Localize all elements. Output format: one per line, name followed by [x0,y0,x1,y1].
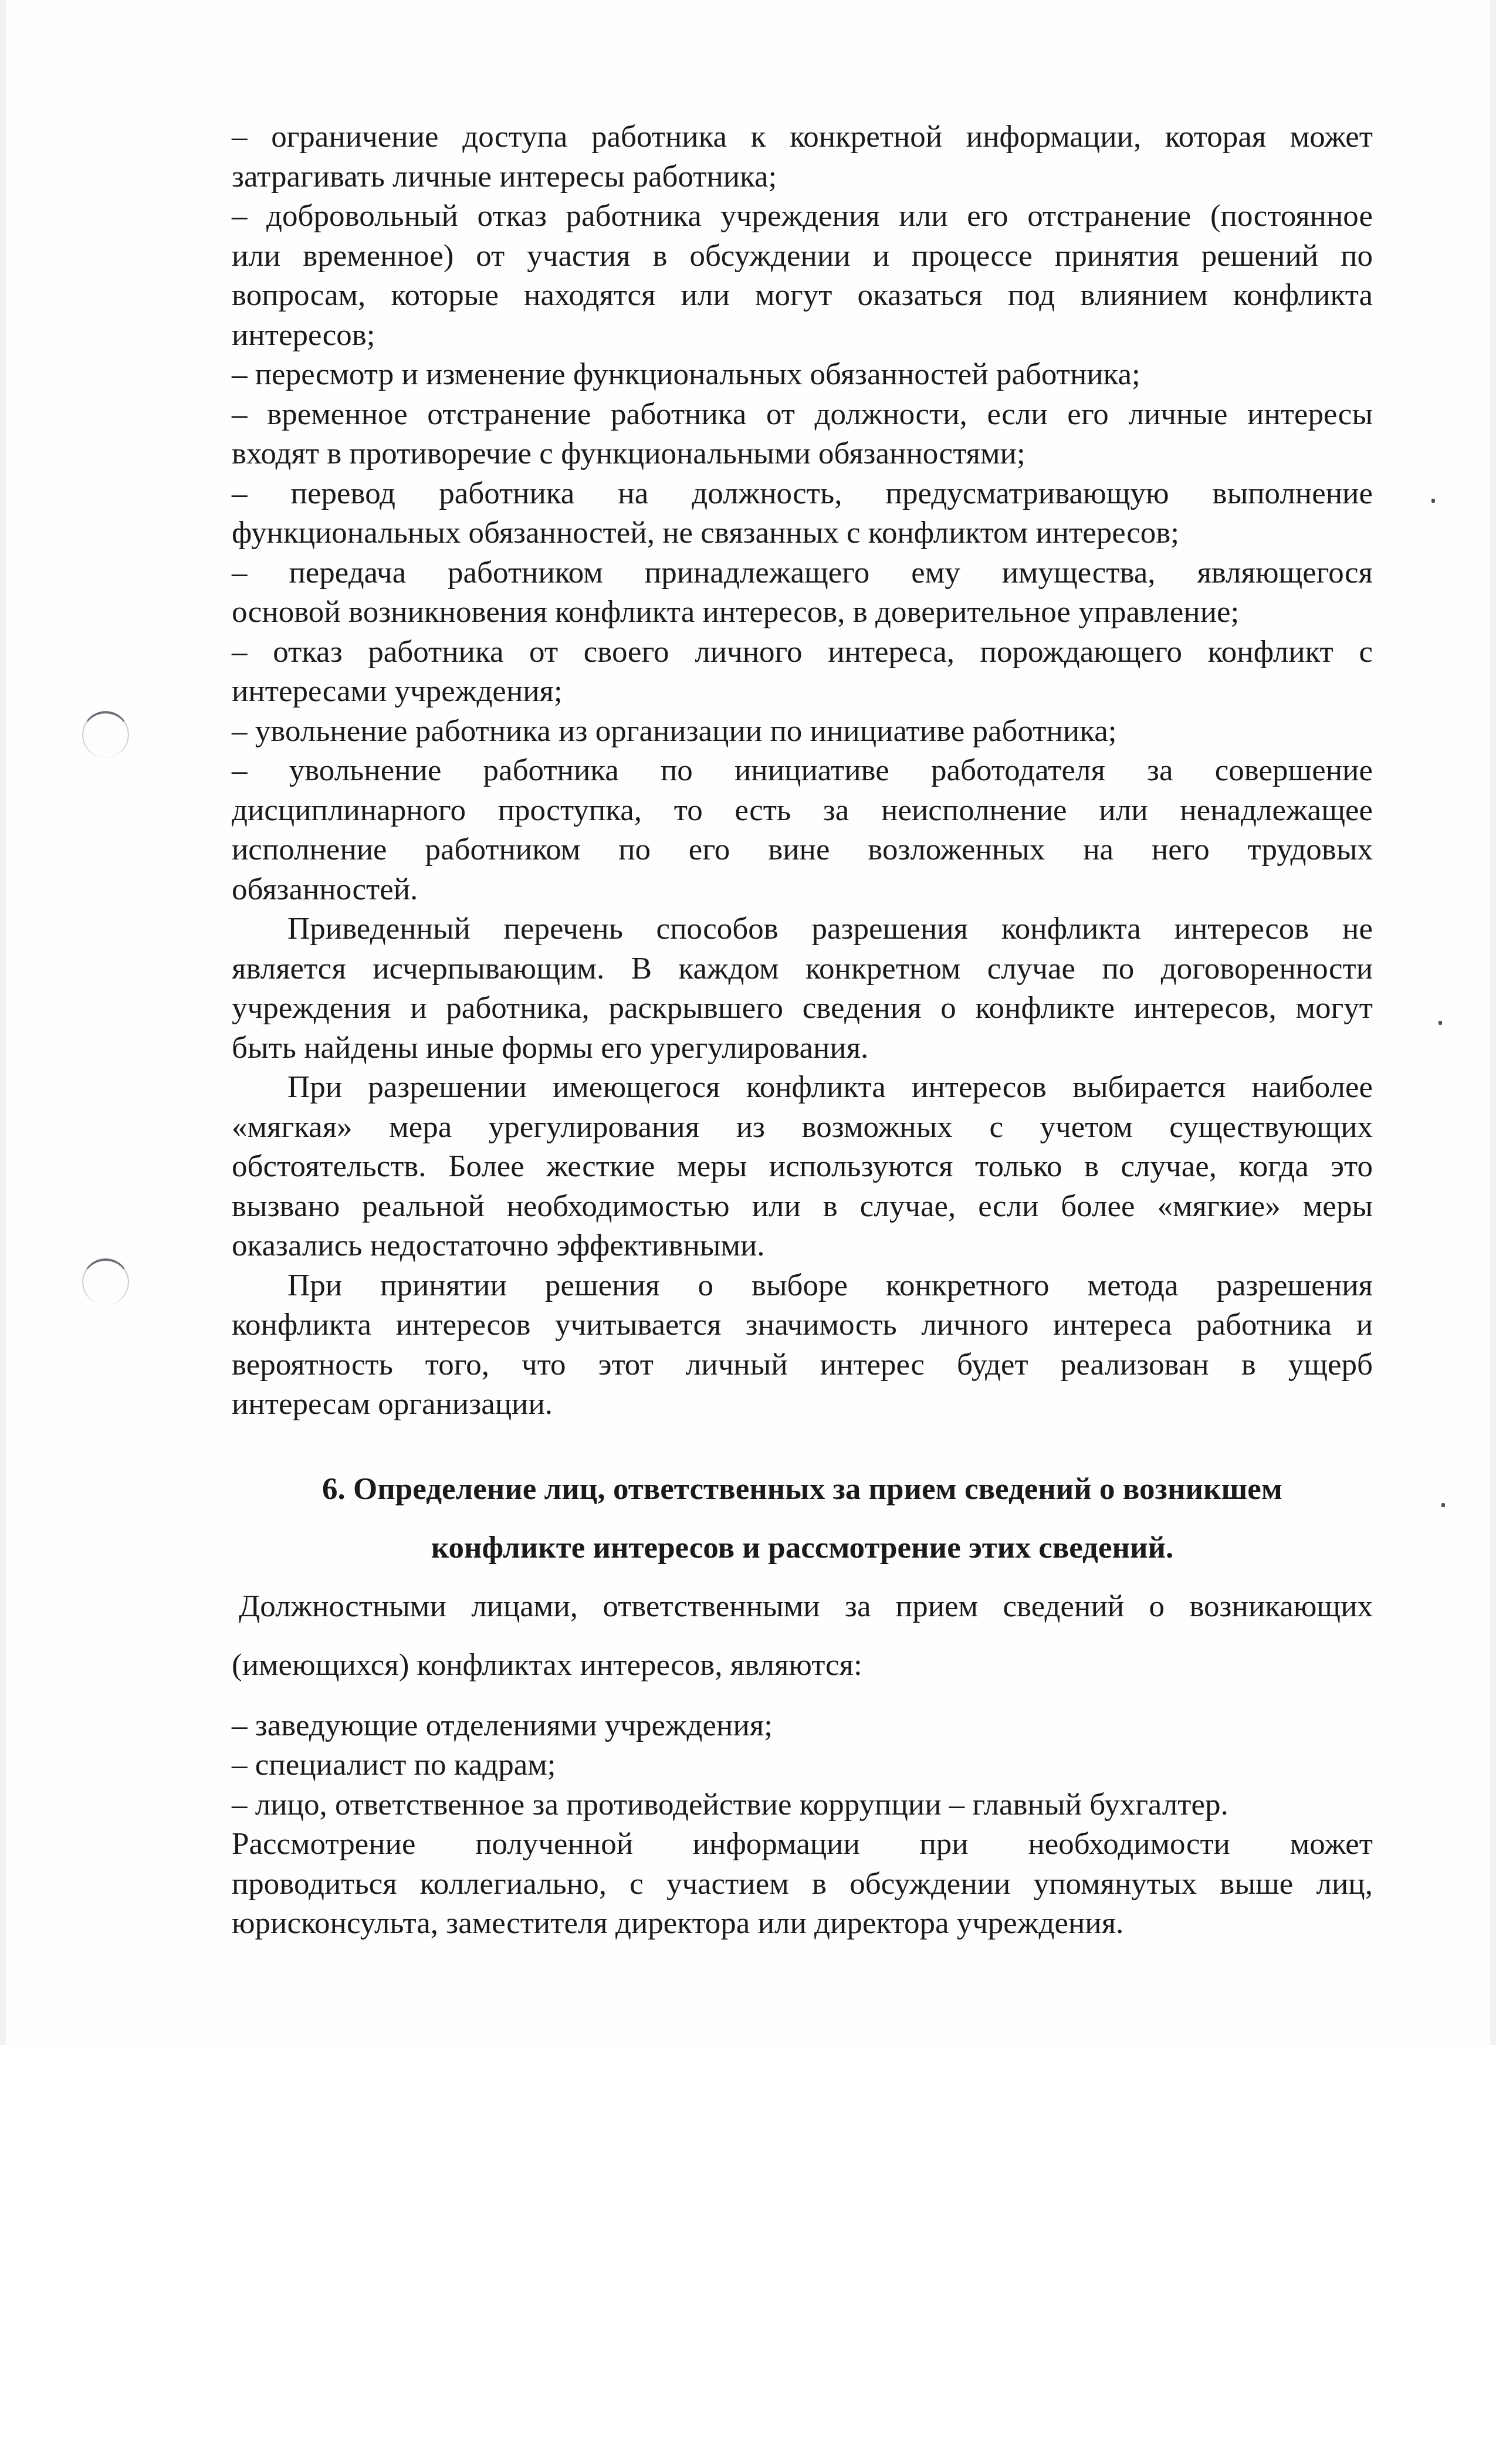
paragraph-line: быть найдены иные формы его урегулирован… [232,1028,1373,1068]
paragraph-line: юрисконсульта, заместителя директора или… [232,1904,1373,1944]
list-item-line: дисциплинарного проступка, то есть за не… [232,791,1373,831]
paragraph-line: вызвано реальной необходимостью или в сл… [232,1187,1373,1227]
list-item-line: или временное) от участия в обсуждении и… [232,236,1373,276]
measures-list: – ограничение доступа работника к конкре… [232,117,1373,909]
paragraph-line: «мягкая» мера урегулирования из возможны… [232,1108,1373,1148]
scan-speck [1441,1503,1445,1507]
paragraph-line: вероятность того, что этот личный интере… [232,1345,1373,1385]
list-item-line: функциональных обязанностей, не связанны… [232,513,1373,553]
section-heading: 6. Определение лиц, ответственных за при… [232,1460,1373,1577]
list-item-line: интересов; [232,316,1373,356]
list-item-line: интересами учреждения; [232,672,1373,712]
paragraph-line: конфликта интересов учитывается значимос… [232,1305,1373,1345]
list-item: – заведующие отделениями учреждения; [232,1706,1373,1746]
section-intro-line: Должностными лицами, ответственными за п… [232,1577,1373,1636]
list-item-line: – перевод работника на должность, предус… [232,474,1373,514]
section-heading-line: 6. Определение лиц, ответственных за при… [232,1460,1373,1518]
list-item-line: – ограничение доступа работника к конкре… [232,117,1373,157]
section-heading-line: конфликте интересов и рассмотрение этих … [232,1518,1373,1577]
list-item-line: основой возникновения конфликта интересо… [232,593,1373,632]
paragraph-line: интересам организации. [232,1385,1373,1424]
list-item-line: исполнение работником по его вине возлож… [232,830,1373,870]
paragraph-line: является исчерпывающим. В каждом конкрет… [232,949,1373,989]
list-item-line: – увольнение работника из организации по… [232,712,1373,752]
blank-area [0,2045,1496,2464]
paragraph-line: учреждения и работника, раскрывшего свед… [232,989,1373,1028]
list-item-line: обязанностей. [232,870,1373,910]
paragraph-methods-not-exhaustive: Приведенный перечень способов разрешения… [232,909,1373,1068]
paragraph-line: При разрешении имеющегося конфликта инте… [232,1068,1373,1108]
list-item-line: – увольнение работника по инициативе раб… [232,751,1373,791]
paragraph-line: Приведенный перечень способов разрешения… [232,909,1373,949]
closing-paragraph: Рассмотрение полученной информации при н… [232,1825,1373,1944]
list-item-line: вопросам, которые находятся или могут ок… [232,276,1373,316]
list-item-line: затрагивать личные интересы работника; [232,157,1373,197]
list-item-line: – временное отстранение работника от дол… [232,395,1373,435]
scan-speck [1431,499,1435,503]
paragraph-line: Рассмотрение полученной информации при н… [232,1825,1373,1864]
list-item: – специалист по кадрам; [232,1745,1373,1785]
section-intro: Должностными лицами, ответственными за п… [232,1577,1373,1694]
punch-hole-mark-top [82,711,129,758]
paragraph-decision-criteria: При принятии решения о выборе конкретног… [232,1266,1373,1424]
punch-hole-mark-bottom [82,1258,129,1305]
responsible-persons-list: – заведующие отделениями учреждения; – с… [232,1706,1373,1825]
scan-speck [1439,1021,1442,1025]
list-item: – лицо, ответственное за противодействие… [232,1785,1373,1825]
list-item-line: – отказ работника от своего личного инте… [232,632,1373,672]
paragraph-line: обстоятельств. Более жесткие меры исполь… [232,1147,1373,1187]
paragraph-soft-measure: При разрешении имеющегося конфликта инте… [232,1068,1373,1266]
list-item-line: входят в противоречие с функциональными … [232,434,1373,474]
document-body: – ограничение доступа работника к конкре… [232,117,1373,1944]
paragraph-line: проводиться коллегиально, с участием в о… [232,1864,1373,1904]
list-item-line: – передача работником принадлежащего ему… [232,553,1373,593]
list-item-line: – добровольный отказ работника учреждени… [232,197,1373,236]
paragraph-line: оказались недостаточно эффективными. [232,1226,1373,1266]
list-item-line: – пересмотр и изменение функциональных о… [232,355,1373,395]
section-intro-line: (имеющихся) конфликтах интересов, являют… [232,1636,1373,1694]
paragraph-line: При принятии решения о выборе конкретног… [232,1266,1373,1306]
